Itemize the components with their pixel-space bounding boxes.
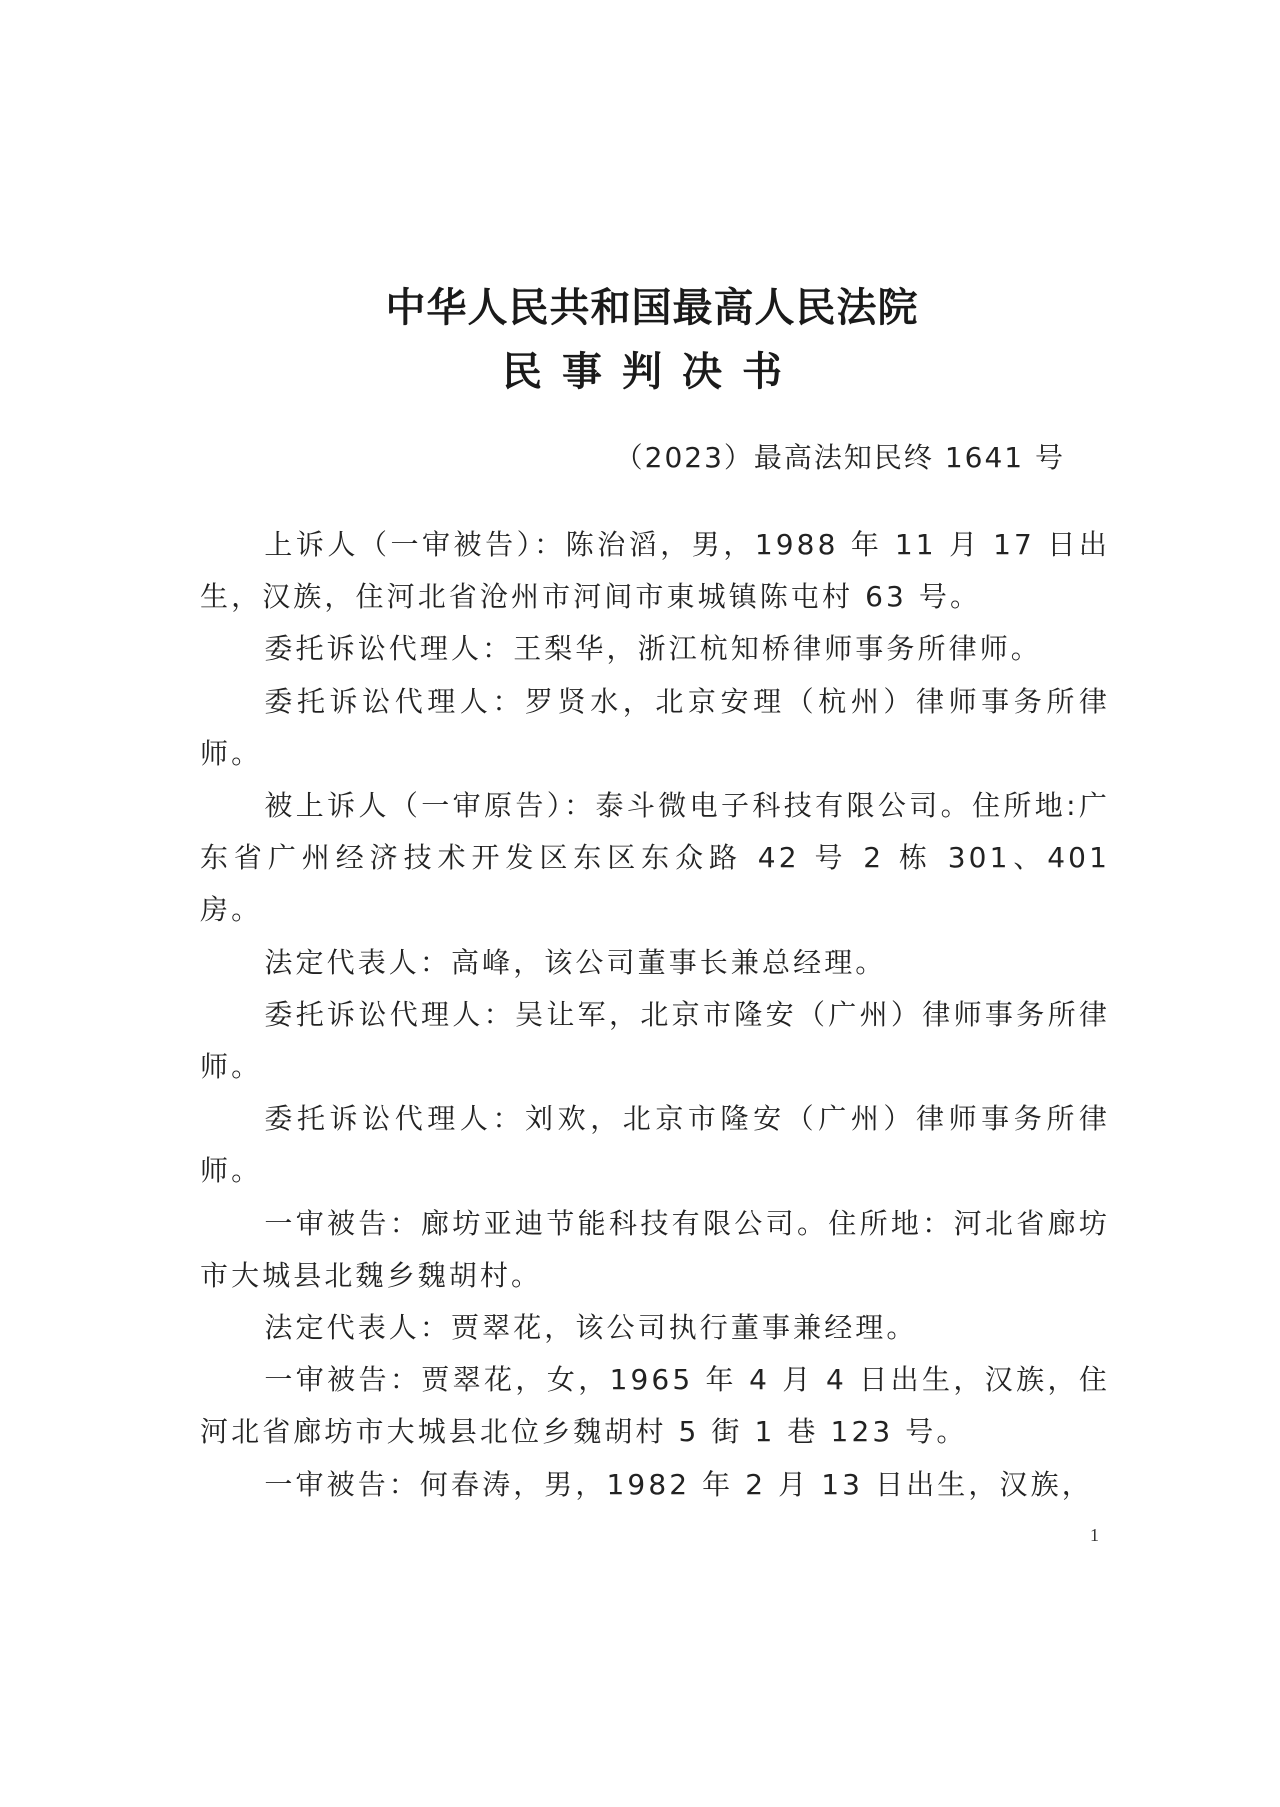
document-page: 中华人民共和国最高人民法院 民事判决书 （2023）最高法知民终 1641 号 … [0, 0, 1280, 1807]
defendant-company-paragraph: 一审被告：廊坊亚迪节能科技有限公司。住所地：河北省廊坊市大城县北魏乡魏胡村。 [200, 1198, 1110, 1302]
party-information: 上诉人（一审被告）：陈治滔，男，1988 年 11 月 17 日出生，汉族，住河… [200, 519, 1110, 1511]
appellee-agent-2-paragraph: 委托诉讼代理人：刘欢，北京市隆安（广州）律师事务所律师。 [200, 1093, 1110, 1197]
defendant-company-legal-rep-paragraph: 法定代表人：贾翠花，该公司执行董事兼经理。 [200, 1302, 1110, 1354]
defendant-individual-1-paragraph: 一审被告：贾翠花，女，1965 年 4 月 4 日出生，汉族，住河北省廊坊市大城… [200, 1354, 1110, 1458]
appellee-agent-1-paragraph: 委托诉讼代理人：吴让军，北京市隆安（广州）律师事务所律师。 [200, 989, 1110, 1093]
court-title: 中华人民共和国最高人民法院 [12, 276, 1280, 333]
defendant-individual-2-paragraph: 一审被告：何春涛，男，1982 年 2 月 13 日出生，汉族， [200, 1459, 1110, 1511]
appellant-paragraph: 上诉人（一审被告）：陈治滔，男，1988 年 11 月 17 日出生，汉族，住河… [200, 519, 1110, 623]
appellant-agent-2-paragraph: 委托诉讼代理人：罗贤水，北京安理（杭州）律师事务所律师。 [200, 676, 1110, 780]
appellee-legal-rep-paragraph: 法定代表人：高峰，该公司董事长兼总经理。 [200, 937, 1110, 989]
case-number: （2023）最高法知民终 1641 号 [615, 436, 1065, 476]
document-type-title: 民事判决书 [12, 340, 1280, 397]
appellant-agent-1-paragraph: 委托诉讼代理人：王梨华，浙江杭知桥律师事务所律师。 [200, 623, 1110, 675]
appellee-paragraph: 被上诉人（一审原告）：泰斗微电子科技有限公司。住所地:广东省广州经济技术开发区东… [200, 780, 1110, 937]
page-number: 1 [1090, 1525, 1099, 1546]
